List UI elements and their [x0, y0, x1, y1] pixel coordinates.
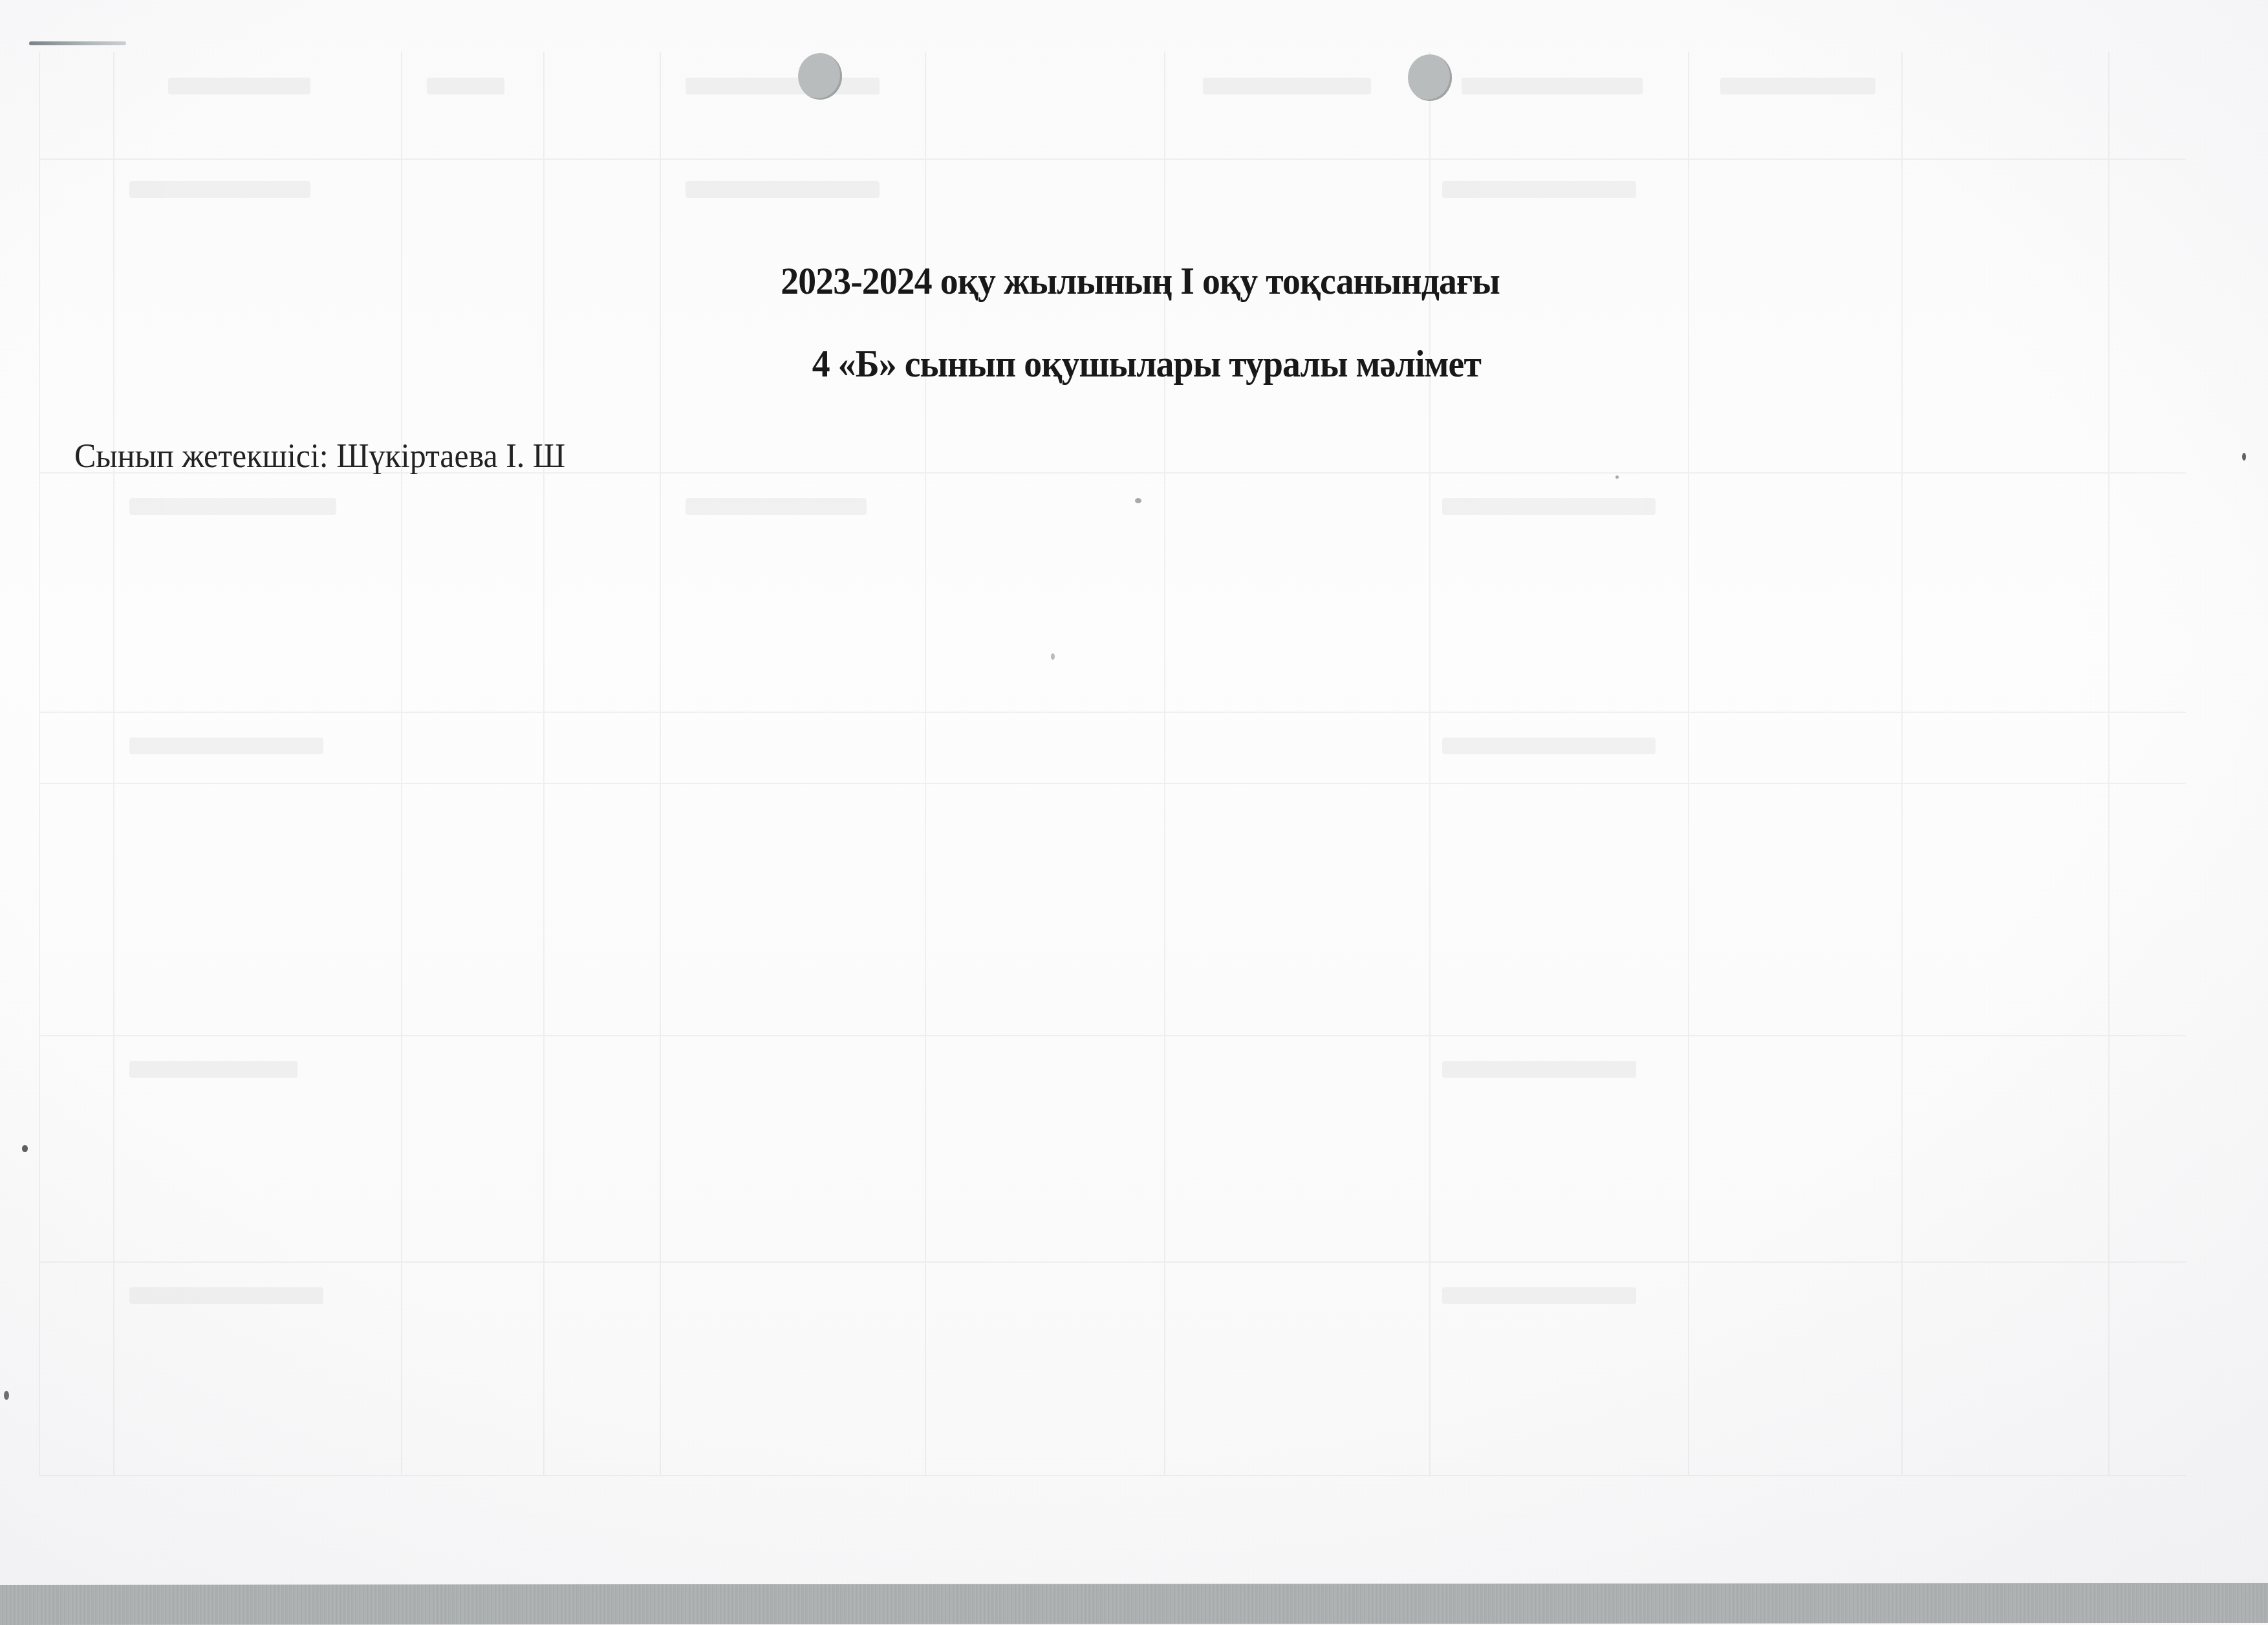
scan-speck	[22, 1145, 28, 1152]
scanned-page: 2023-2024 оқу жылының І оқу тоқсанындағы…	[0, 0, 2268, 1625]
document-title-line-2: 4 «Б» сынып оқушылары туралы мәлімет	[80, 342, 2201, 386]
scan-speck	[2242, 453, 2246, 461]
scan-vignette	[0, 0, 2268, 1585]
scan-speck	[4, 1391, 9, 1400]
scanner-edge-strip	[0, 1583, 2268, 1625]
staple-mark	[29, 41, 126, 45]
class-teacher-label: Сынып жетекшісі:	[74, 438, 329, 475]
punch-hole-left	[798, 53, 842, 100]
punch-hole-right	[1408, 54, 1452, 101]
scan-speck	[1135, 498, 1141, 503]
scan-speck	[1051, 653, 1055, 660]
document-title-line-1: 2023-2024 оқу жылының І оқу тоқсанындағы	[80, 259, 2195, 303]
class-teacher-name: Шүкіртаева І. Ш	[336, 438, 565, 475]
scan-speck	[1615, 475, 1619, 479]
class-teacher-line: Сынып жетекшісі: Шүкіртаева І. Ш	[74, 437, 565, 475]
